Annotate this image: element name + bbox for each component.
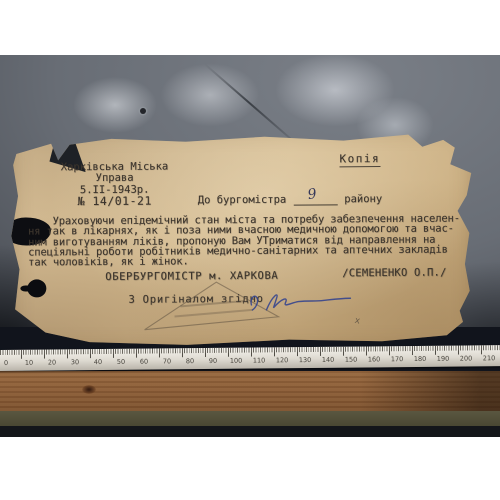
wood-knot	[82, 385, 96, 394]
photo-of-document: 0102030405060708090100110120130140150160…	[0, 0, 500, 500]
ruler-number: 210	[483, 354, 495, 362]
letterhead-block: Харківська Міська Управа 5.ІІ-1943р. № 1…	[39, 161, 189, 208]
addressee-prefix: До бургомістра	[198, 194, 287, 207]
ruler-number: 160	[368, 355, 380, 363]
ruler-number: 190	[437, 355, 449, 363]
document-number: № 14/01-21	[40, 196, 190, 208]
ruler-number: 150	[345, 356, 357, 364]
ruler-number: 120	[276, 356, 288, 364]
ruler-number: 10	[25, 359, 33, 367]
handwritten-signature	[246, 287, 356, 320]
copy-label: Копія	[339, 152, 380, 167]
surface-hole	[140, 108, 146, 114]
ruler-number: 180	[414, 355, 426, 363]
addressee-suffix: району	[344, 193, 382, 205]
ruler-number: 60	[140, 358, 148, 366]
punch-hole	[27, 279, 46, 297]
ruler-number: 200	[460, 354, 472, 362]
addressee-line: До бургомістра 9 району	[198, 190, 383, 206]
body-paragraph: Ураховуючи епідемічний стан міста та пот…	[28, 213, 460, 267]
photo-frame: 0102030405060708090100110120130140150160…	[0, 55, 500, 437]
handwritten-district-number: 9	[306, 186, 317, 203]
ruler-number: 90	[209, 357, 217, 365]
surface-scratch	[204, 63, 294, 142]
district-blank: 9	[293, 190, 337, 205]
ruler-number: 80	[186, 357, 194, 365]
ruler-number: 100	[230, 357, 242, 365]
wood-table-edge	[0, 371, 500, 413]
ruler-number: 40	[94, 358, 102, 366]
ruler-number: 130	[299, 356, 311, 364]
official-name: /СЕМЕНЕНКО О.П./	[342, 267, 446, 280]
ruler-number: 20	[48, 358, 56, 366]
dark-floor-strip	[0, 426, 500, 437]
ruler-number: 70	[163, 357, 171, 365]
table-edge-strip	[0, 411, 500, 426]
ruler-number: 110	[253, 356, 265, 364]
ruler-number: 140	[322, 356, 334, 364]
ruler-number: 50	[117, 358, 125, 366]
ruler-number: 0	[4, 359, 8, 367]
ruler-number: 30	[71, 358, 79, 366]
ruler-number: 170	[391, 355, 403, 363]
paper-document: Копія Харківська Міська Управа 5.ІІ-1943…	[9, 126, 475, 351]
